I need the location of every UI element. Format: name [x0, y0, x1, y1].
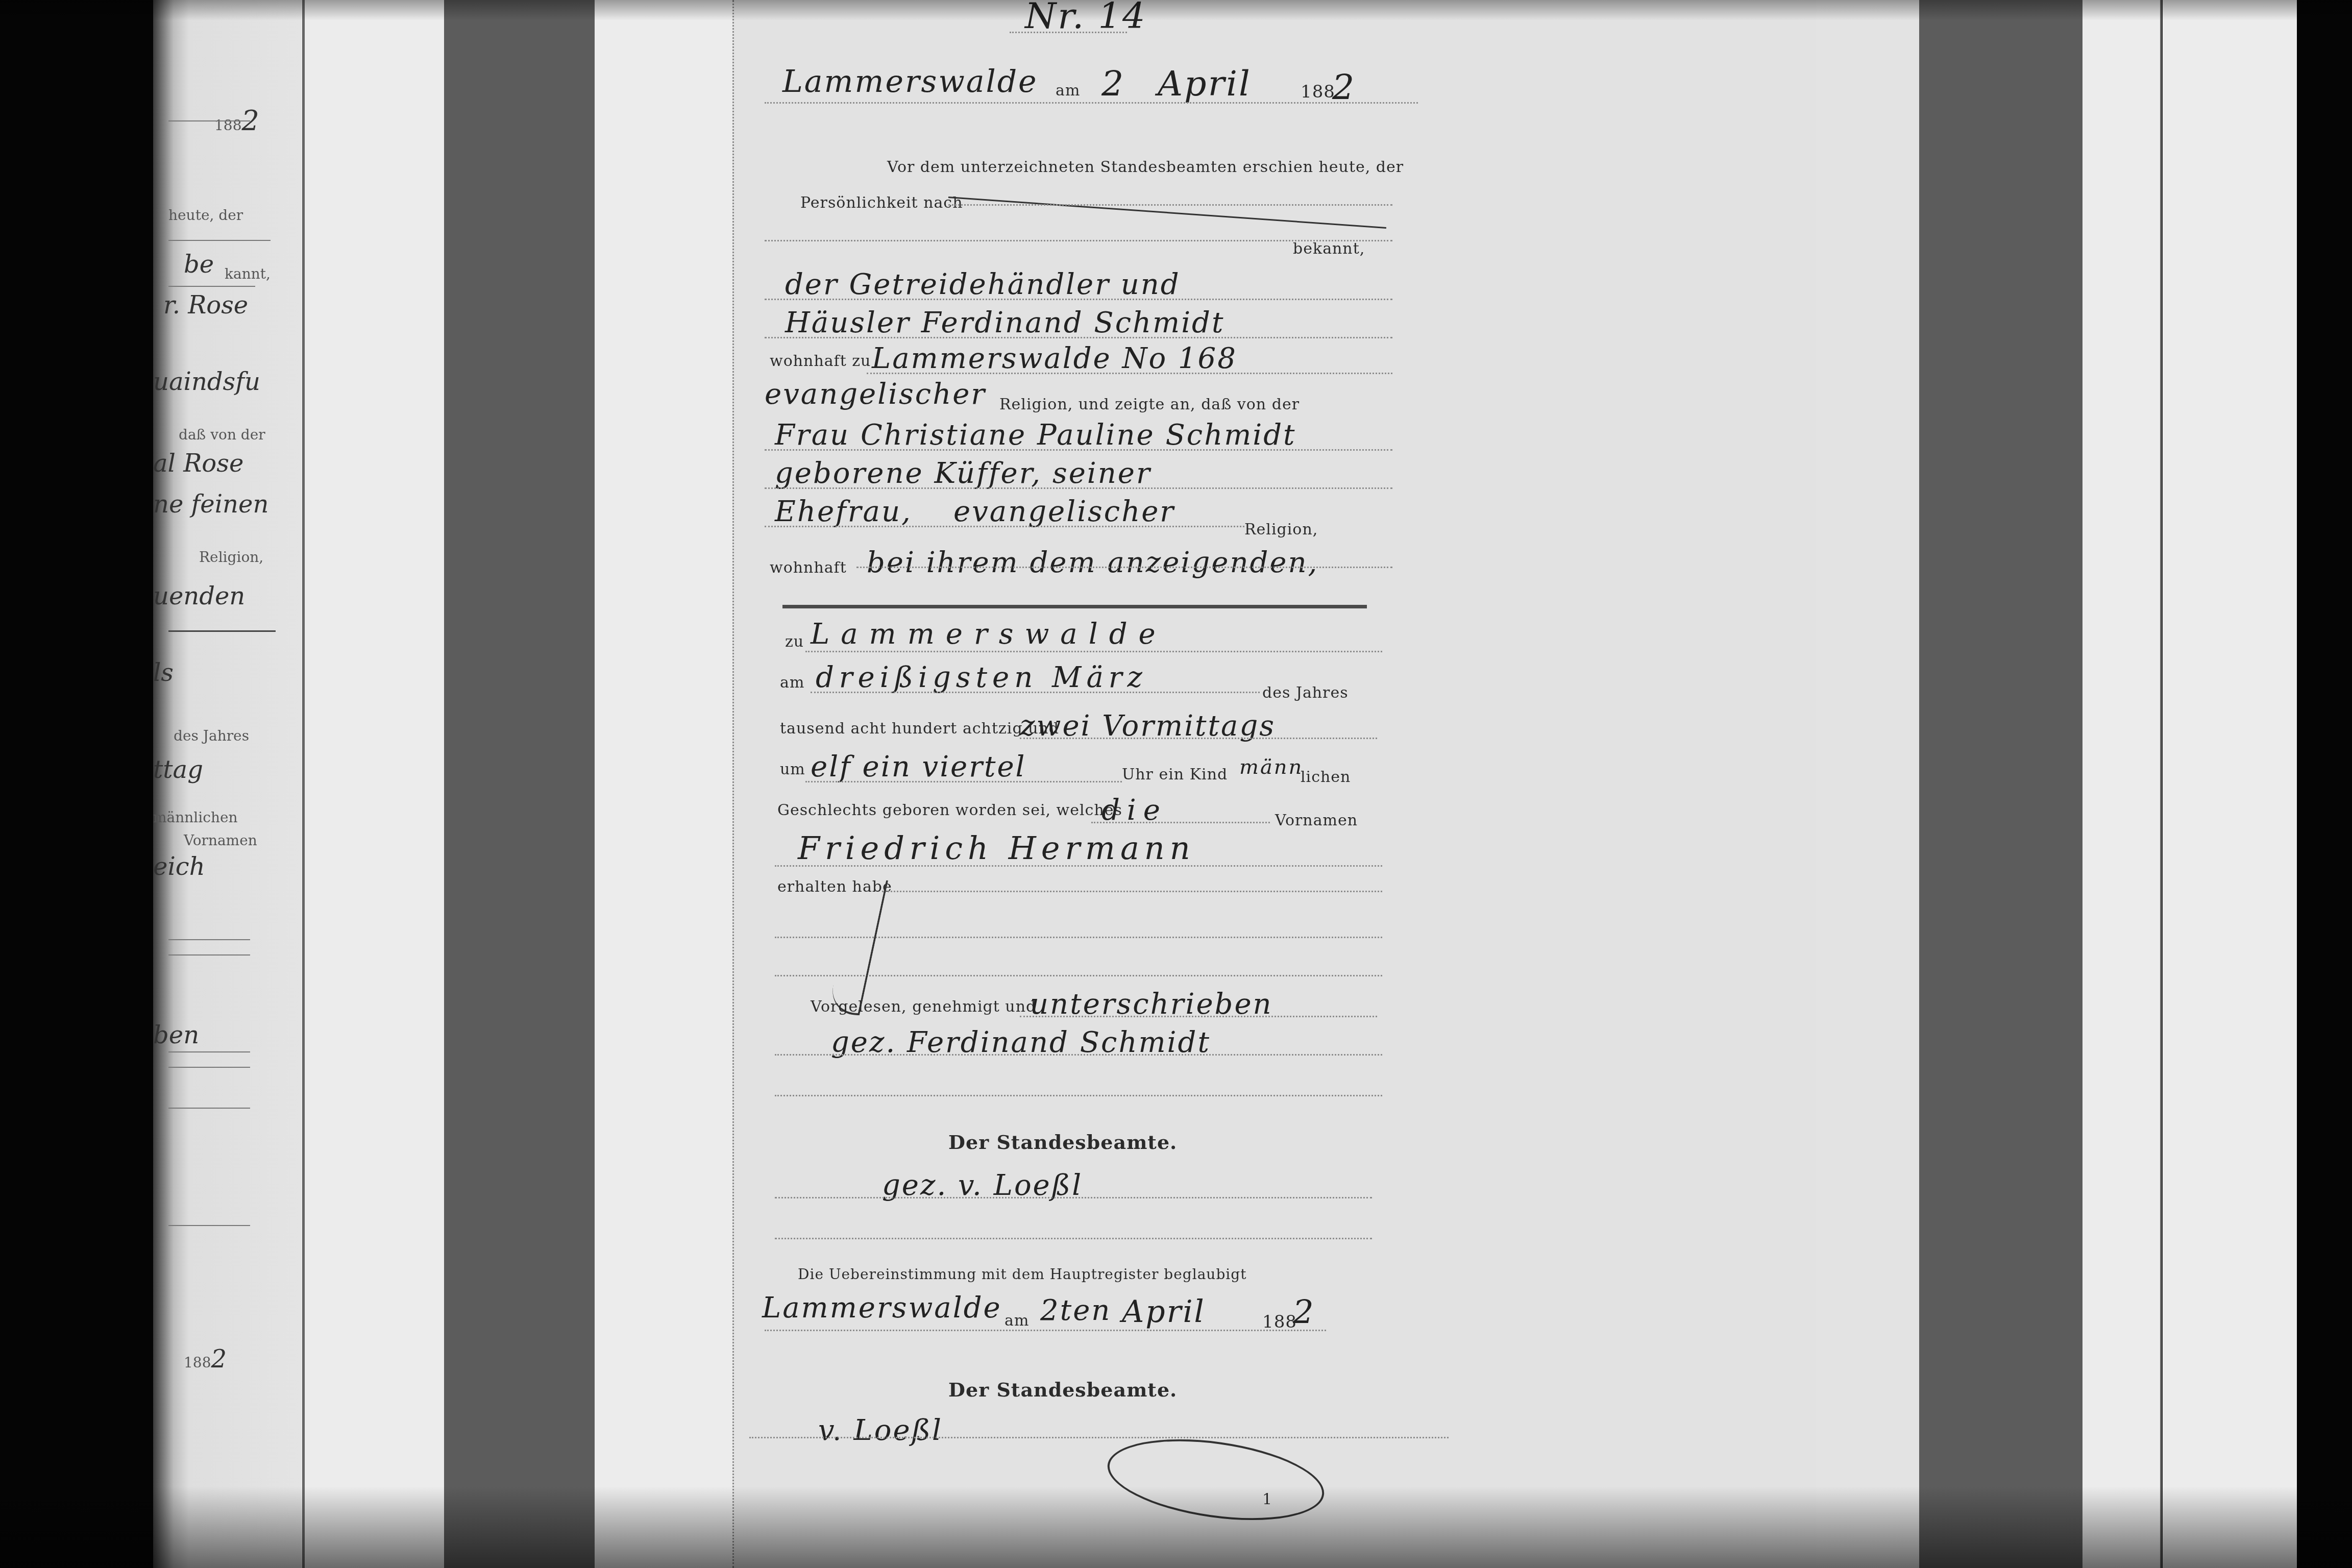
registrar-title: Der Standesbeamte.: [948, 1131, 1177, 1154]
religion-suffix: Religion, und zeigte an, daß von der: [999, 396, 1300, 413]
page-edge-strip: [1815, 0, 1919, 1568]
given-names-label: Vornamen: [1275, 812, 1358, 829]
residence-label: wohnhaft zu: [770, 352, 871, 370]
film-vignette-bottom: [0, 1486, 2352, 1568]
religion-label: Religion,: [1244, 521, 1318, 538]
birth-date: dreißigsten März: [816, 661, 1147, 694]
section-divider: [782, 605, 1367, 608]
register-page: Nr. 14 Lammerswalde am 2 April 188 2 Vor…: [732, 0, 1816, 1568]
mother-residence: bei ihrem dem anzeigenden,: [867, 546, 1318, 579]
certification-text: Die Uebereinstimmung mit dem Hauptregist…: [798, 1266, 1246, 1283]
identity-strike-line: [948, 197, 1386, 229]
registrar-title-2: Der Standesbeamte.: [948, 1378, 1177, 1401]
identity-prefix: Persönlichkeit nach: [800, 194, 963, 212]
informant-religion: evangelischer: [765, 378, 986, 411]
informant-name: Häusler Ferdinand Schmidt: [785, 306, 1224, 339]
intro-line: Vor dem unterzeichneten Standesbeamten e…: [887, 158, 1404, 176]
film-vignette-top: [0, 0, 2352, 20]
year-text: tausend acht hundert achtzig und: [780, 720, 1059, 738]
mother-maiden-name: geborene Küffer, seiner: [775, 457, 1151, 490]
child-given-names: Friedrich Hermann: [798, 829, 1195, 867]
time-suffix: Uhr ein Kind: [1122, 766, 1228, 783]
page-edge-strip: [595, 0, 732, 1568]
left-partial-page: 1882 heute, der kannt, be r. Rose uainds…: [153, 0, 301, 1568]
page-edge-strip: [2082, 0, 2162, 1568]
identity-suffix: bekannt,: [1293, 240, 1365, 258]
informant-occupation: der Getreidehändler und: [785, 268, 1181, 301]
separator-band-right: [1919, 0, 2082, 1568]
mother-name: Frau Christiane Pauline Schmidt: [775, 419, 1296, 452]
birth-time: elf ein viertel: [811, 750, 1026, 783]
time-label: um: [780, 761, 805, 778]
mother-relation: Ehefrau,: [775, 495, 912, 528]
birth-place: Lammerswalde: [811, 618, 1167, 651]
page-edge-strip: [301, 0, 444, 1568]
approval-label: Vorgelesen, genehmigt und: [811, 998, 1036, 1016]
film-frame-right: [2297, 0, 2352, 1568]
residence-label: wohnhaft: [770, 559, 847, 577]
birth-date-label: am: [780, 674, 804, 692]
mother-religion: evangelischer: [953, 495, 1175, 528]
gender-line: Geschlechts geboren worden sei, welches: [777, 801, 1122, 819]
page-edge-line: [302, 0, 305, 1568]
birth-place-label: zu: [785, 633, 804, 651]
registrar-signature-2: v. Loeßl: [818, 1414, 943, 1447]
separator-band-left: [444, 0, 595, 1568]
year-label: des Jahres: [1262, 684, 1349, 702]
child-sex: männ: [1239, 755, 1303, 779]
film-frame-left: [0, 0, 153, 1568]
sex-suffix: lichen: [1301, 768, 1351, 786]
blank-space-bracket: [827, 880, 888, 1015]
informant-residence: Lammerswalde No 168: [872, 342, 1237, 375]
page-edge-strip: [2163, 0, 2297, 1568]
